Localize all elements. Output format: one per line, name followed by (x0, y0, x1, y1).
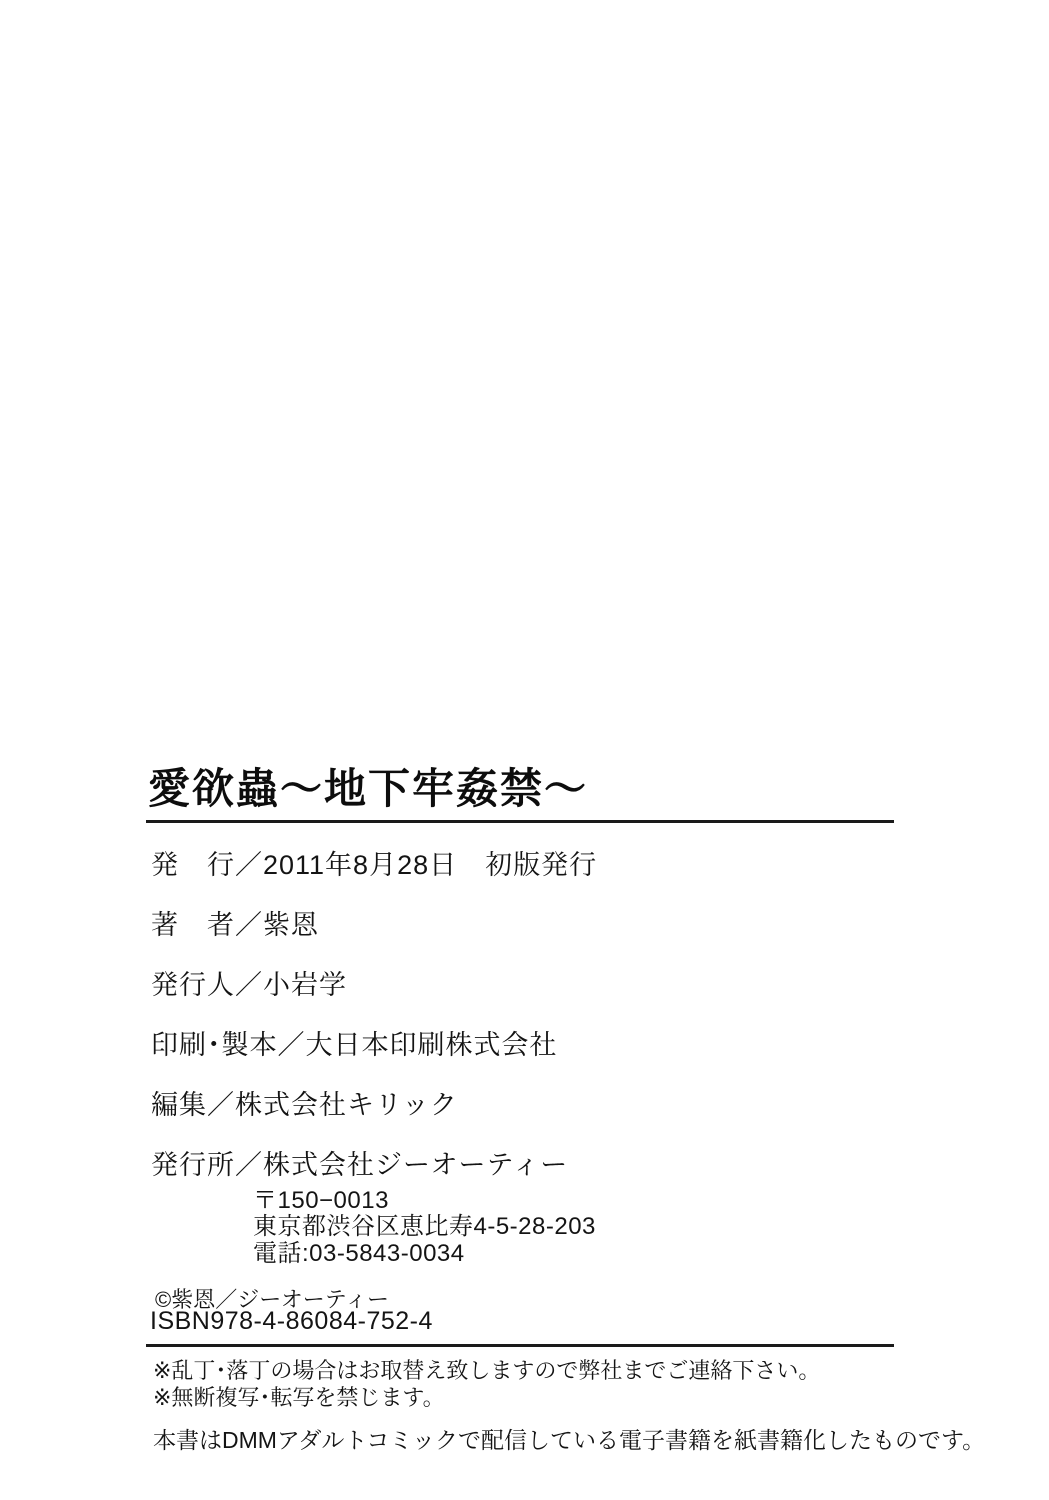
publish-date-line: 発 行／2011年8月28日 初版発行 (151, 843, 597, 882)
book-title: 愛欲蟲～地下牢姦禁～ (148, 756, 588, 816)
title-divider (146, 820, 894, 823)
phone-line: 電話:03-5843-0034 (253, 1233, 465, 1268)
author-line: 著 者／紫恩 (151, 903, 319, 942)
publisher-person-line: 発行人／小岩学 (151, 963, 347, 1002)
footer-divider (146, 1344, 894, 1347)
printing-binding-line: 印刷･製本／大日本印刷株式会社 (151, 1023, 558, 1062)
editing-line: 編集／株式会社キリック (151, 1083, 458, 1122)
no-copy-note-line: ※無断複写･転写を禁じます。 (153, 1381, 445, 1412)
colophon-page: 愛欲蟲～地下牢姦禁～ 発 行／2011年8月28日 初版発行 著 者／紫恩 発行… (0, 0, 1049, 1500)
isbn-line: ISBN978-4-86084-752-4 (150, 1307, 433, 1336)
publisher-company-line: 発行所／株式会社ジーオーティー (151, 1143, 568, 1182)
digital-edition-note-line: 本書はDMMアダルトコミックで配信している電子書籍を紙書籍化したものです。 (153, 1422, 985, 1455)
